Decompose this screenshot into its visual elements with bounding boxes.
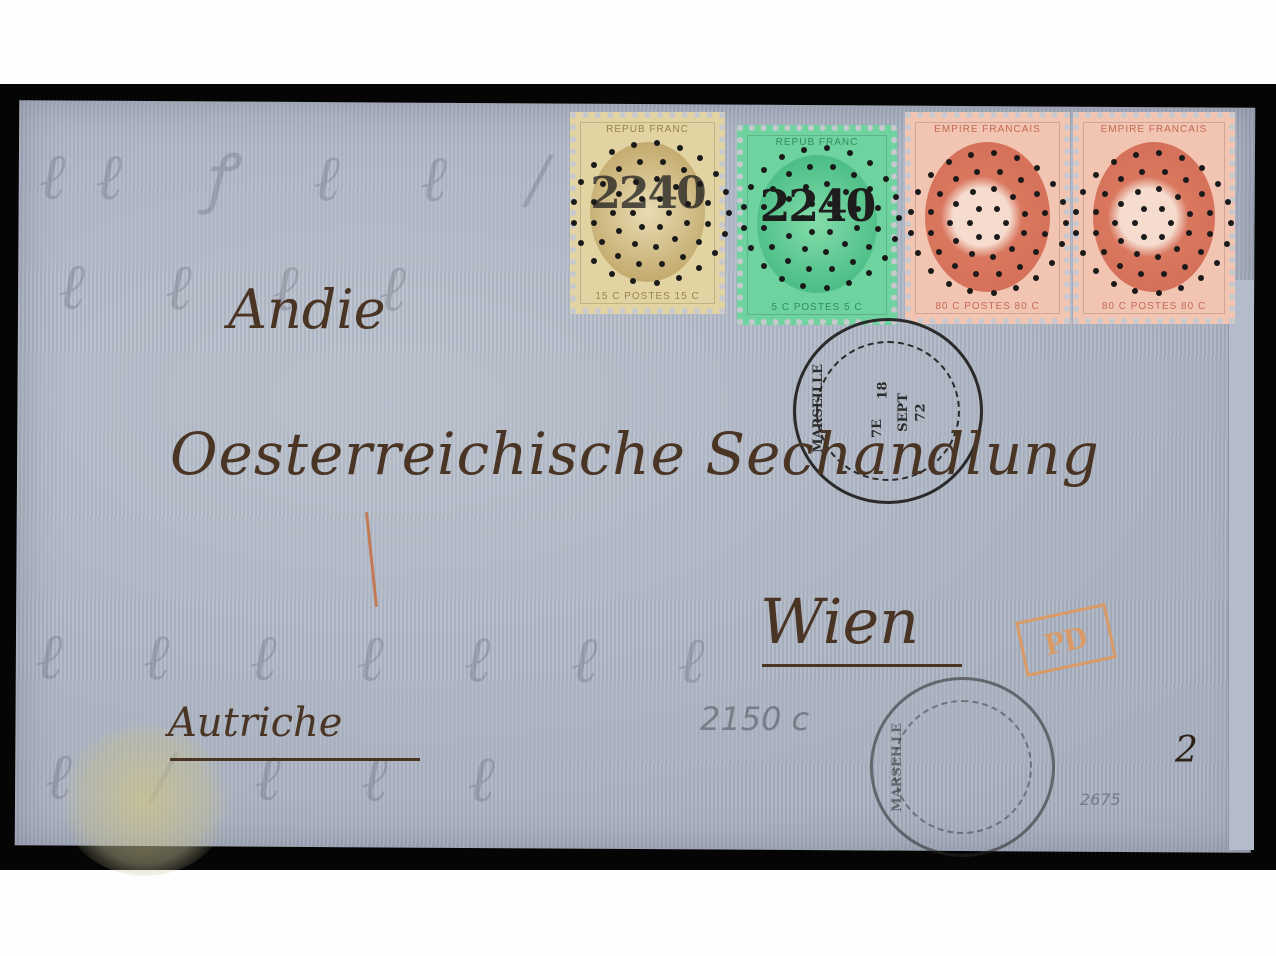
cancel-dot — [1187, 211, 1193, 217]
cancel-dot — [761, 263, 767, 269]
cancel-dot — [997, 169, 1003, 175]
cancel-dot — [1014, 155, 1020, 161]
cancel-dot — [976, 234, 982, 240]
cancel-dot — [1214, 260, 1220, 266]
cancel-dot — [769, 244, 775, 250]
cancel-dot — [823, 249, 829, 255]
cancel-dot — [855, 206, 861, 212]
paper-fold-edge — [1228, 280, 1254, 850]
cancel-dot — [800, 215, 806, 221]
cancel-dot — [802, 246, 808, 252]
cancel-dot — [591, 258, 597, 264]
cancel-dot — [946, 281, 952, 287]
cancel-dot — [578, 240, 584, 246]
cancel-dot — [1135, 189, 1141, 195]
cancel-dot — [969, 251, 975, 257]
cancel-dot — [847, 150, 853, 156]
cancel-dot — [666, 210, 672, 216]
cancel-dot — [685, 201, 691, 207]
cancel-dot — [1022, 211, 1028, 217]
cancel-dot — [1003, 220, 1009, 226]
cancel-dot — [1018, 177, 1024, 183]
cancel-dot — [1111, 281, 1117, 287]
cancel-dot — [697, 155, 703, 161]
cancel-dot — [705, 221, 711, 227]
cancel-dot — [1118, 238, 1124, 244]
cancel-dot — [1168, 220, 1174, 226]
cancel-dot — [1156, 290, 1162, 296]
pencil-notation: 2150 c — [700, 700, 809, 738]
cancel-dot — [1042, 231, 1048, 237]
cancel-dot — [807, 164, 813, 170]
cancel-dot — [830, 164, 836, 170]
postmark-day: 18 — [876, 381, 891, 399]
cancel-dot — [928, 230, 934, 236]
cancel-dot — [616, 228, 622, 234]
cancel-dot — [1102, 191, 1108, 197]
cancel-dot — [976, 206, 982, 212]
cancel-dot — [654, 280, 660, 286]
cancel-dot — [850, 259, 856, 265]
country-underline — [170, 758, 420, 761]
cancel-dot — [1215, 181, 1221, 187]
cancel-dot — [875, 226, 881, 232]
cancel-dot — [1049, 260, 1055, 266]
stamp-top-text: EMPIRE FRANCAIS — [911, 124, 1064, 135]
cancel-dot — [633, 179, 639, 185]
cancel-dot — [1139, 169, 1145, 175]
address-line-2: Oesterreichische Sechandlung — [170, 420, 1100, 488]
cancel-dot — [631, 142, 637, 148]
cancel-dot — [990, 254, 996, 260]
stamp-80c-napoleon: EMPIRE FRANCAIS 80 C POSTES 80 C — [905, 112, 1070, 324]
cancel-dot — [1017, 264, 1023, 270]
napoleon-head — [925, 142, 1050, 292]
cancel-dot — [824, 285, 830, 291]
cancel-dot — [680, 254, 686, 260]
cancel-dot — [657, 224, 663, 230]
cancel-dot — [1179, 155, 1185, 161]
cancel-dot — [660, 159, 666, 165]
show-through-writing: ℓ ℓ ℓ ℓ ℓ ℓ ℓ — [36, 620, 735, 698]
cancel-dot — [1183, 177, 1189, 183]
cancel-dot — [1093, 268, 1099, 274]
transit-postmark: MARSEILLE — [870, 677, 1055, 857]
city-underline — [762, 664, 962, 667]
stamp-value-text: 5 C POSTES 5 C — [743, 302, 891, 313]
cancel-dot — [827, 201, 833, 207]
cancel-dot — [1050, 181, 1056, 187]
cancel-dot — [639, 196, 645, 202]
address-city: Wien — [760, 585, 919, 658]
cancel-dot — [809, 201, 815, 207]
postmark-year: 72 — [914, 403, 929, 421]
cancel-dot — [1162, 169, 1168, 175]
cancel-dot — [974, 169, 980, 175]
cancel-dot — [991, 290, 997, 296]
cancel-dot — [1093, 230, 1099, 236]
cancel-dot — [867, 160, 873, 166]
stamp-value-text: 80 C POSTES 80 C — [911, 301, 1064, 312]
cancel-dot — [851, 172, 857, 178]
cancel-dot — [994, 206, 1000, 212]
cancel-dot — [827, 229, 833, 235]
napoleon-head — [1093, 142, 1215, 292]
cancel-dot — [803, 184, 809, 190]
cancel-dot — [836, 215, 842, 221]
cancel-dot — [770, 186, 776, 192]
cancel-dot — [780, 215, 786, 221]
cancel-dot — [1141, 234, 1147, 240]
postmark-inner-ring — [893, 700, 1032, 834]
cancel-dot — [936, 249, 942, 255]
cancel-dot — [953, 238, 959, 244]
stamp-15c-ceres: REPUB FRANC 2240 15 C POSTES 15 C — [570, 112, 725, 314]
cancel-dot — [1155, 254, 1161, 260]
cancel-dot — [610, 210, 616, 216]
cancel-dot — [1134, 251, 1140, 257]
cancel-dot — [632, 241, 638, 247]
cancel-dot — [1182, 264, 1188, 270]
cancel-dot — [1132, 220, 1138, 226]
cancel-dot — [968, 152, 974, 158]
cancel-dot — [883, 176, 889, 182]
cancel-dot — [882, 255, 888, 261]
numeral-cancel: 2240 — [576, 168, 719, 219]
cancel-dot — [712, 250, 718, 256]
cancel-dot — [1161, 271, 1167, 277]
cancel-dot — [600, 181, 606, 187]
cancel-dot — [1133, 152, 1139, 158]
cancel-dot — [928, 268, 934, 274]
cancel-dot — [1207, 231, 1213, 237]
cancel-dot — [748, 245, 754, 251]
cancel-dot — [1112, 220, 1118, 226]
cancel-dot — [994, 234, 1000, 240]
stamp-top-text: EMPIRE FRANCAIS — [1079, 124, 1229, 135]
cancel-dot — [591, 220, 597, 226]
stamp-value-text: 80 C POSTES 80 C — [1079, 301, 1229, 312]
stamp-top-text: REPUB FRANC — [576, 124, 719, 135]
cancel-dot — [829, 266, 835, 272]
cancel-dot — [1159, 234, 1165, 240]
cancel-dot — [657, 196, 663, 202]
cancel-dot — [915, 250, 921, 256]
cancel-dot — [1156, 150, 1162, 156]
cancel-dot — [786, 233, 792, 239]
cancel-dot — [654, 140, 660, 146]
cancel-dot — [824, 145, 830, 151]
cancel-dot — [779, 276, 785, 282]
manuscript-mark: 2 — [1175, 730, 1198, 771]
cancel-dot — [1141, 206, 1147, 212]
cancel-dot — [630, 210, 636, 216]
cancel-dot — [1101, 249, 1107, 255]
cancel-dot — [996, 271, 1002, 277]
stamp-80c-napoleon: EMPIRE FRANCAIS 80 C POSTES 80 C — [1073, 112, 1235, 324]
cancel-dot — [947, 220, 953, 226]
cancel-dot — [991, 150, 997, 156]
cancel-dot — [659, 261, 665, 267]
cancel-dot — [681, 167, 687, 173]
cancel-dot — [637, 159, 643, 165]
pencil-notation-small: 2675 — [1080, 790, 1121, 809]
address-country: Autriche — [168, 700, 342, 746]
address-line-1: Andie — [228, 278, 386, 341]
cancel-dot — [1199, 165, 1205, 171]
foxing-stain — [60, 725, 231, 876]
cancel-dot — [609, 271, 615, 277]
cancel-dot — [639, 224, 645, 230]
postmark-town: MARSEILLE — [890, 723, 905, 812]
cancel-dot — [761, 225, 767, 231]
cancel-dot — [937, 191, 943, 197]
cancel-dot — [801, 147, 807, 153]
stamp-top-text: REPUB FRANC — [743, 137, 891, 148]
cancel-dot — [970, 189, 976, 195]
cancel-dot — [653, 244, 659, 250]
cancel-dot — [809, 229, 815, 235]
cancel-dot — [677, 145, 683, 151]
cancel-dot — [599, 239, 605, 245]
cancel-dot — [1034, 165, 1040, 171]
cancel-dot — [1080, 250, 1086, 256]
cancel-dot — [713, 171, 719, 177]
cancel-dot — [1159, 206, 1165, 212]
stamp-value-text: 15 C POSTES 15 C — [576, 291, 719, 302]
cancel-dot — [967, 220, 973, 226]
